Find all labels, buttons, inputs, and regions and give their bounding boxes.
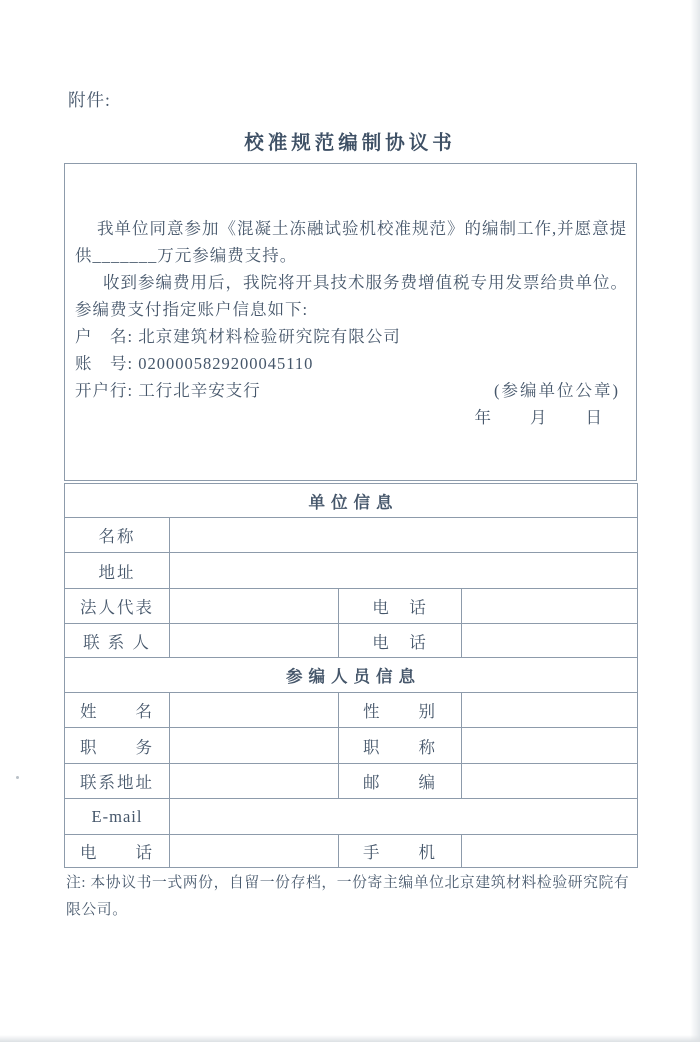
unit-address-value-cell (170, 553, 638, 589)
unit-address-row: 地址 (65, 553, 638, 589)
unit-info-section-header: 单位信息 (65, 484, 638, 518)
account-name-line: 户 名: 北京建筑材料检验研究院有限公司 (75, 323, 626, 350)
attachment-label: 附件: (68, 87, 111, 112)
legal-rep-label: 法人代表 (65, 589, 170, 624)
mobile-value-cell (462, 835, 638, 868)
contact-address-label: 联系地址 (65, 764, 170, 799)
agreement-line-1: 我单位同意参加《混凝土冻融试验机校准规范》的编制工作,并愿意提 (75, 215, 626, 242)
contact-label: 联 系 人 (65, 624, 170, 658)
unit-name-label: 名称 (65, 518, 170, 553)
bank-line: 开户行: 工行北辛安支行 (参编单位公章) (75, 377, 626, 404)
contact-phone-value-cell (462, 624, 638, 658)
unit-name-row: 名称 (65, 518, 638, 553)
footer-note: 注: 本协议书一式两份，自留一份存档，一份寄主编单位北京建筑材料检验研究院有限公… (66, 870, 636, 924)
stamp-placeholder: (参编单位公章) (494, 377, 626, 404)
unit-address-label: 地址 (65, 553, 170, 589)
scan-edge-bottom (0, 1035, 700, 1042)
account-number-line: 账 号: 0200005829200045110 (75, 350, 626, 377)
contact-address-row: 联系地址 邮 编 (65, 764, 638, 799)
gender-label: 性 别 (339, 693, 462, 728)
email-value-cell (170, 799, 638, 835)
email-row: E-mail (65, 799, 638, 835)
date-line: 年 月 日 (75, 404, 626, 431)
phone-label: 电 话 (65, 835, 170, 868)
scan-speck-artifact (16, 776, 19, 779)
agreement-text-box: 我单位同意参加《混凝土冻融试验机校准规范》的编制工作,并愿意提 供_______… (64, 163, 637, 481)
phone-value-cell (170, 835, 339, 868)
page-title: 校准规范编制协议书 (0, 127, 700, 155)
legal-rep-phone-label: 电 话 (339, 589, 462, 624)
person-name-label: 姓 名 (65, 693, 170, 728)
mobile-label: 手 机 (339, 835, 462, 868)
contact-phone-label: 电 话 (339, 624, 462, 658)
contact-address-value-cell (170, 764, 339, 799)
email-label: E-mail (65, 799, 170, 835)
contact-value-cell (170, 624, 339, 658)
gender-value-cell (462, 693, 638, 728)
unit-name-value-cell (170, 518, 638, 553)
unit-info-section-row: 单位信息 (65, 484, 638, 518)
scanned-agreement-page: 附件: 校准规范编制协议书 我单位同意参加《混凝土冻融试验机校准规范》的编制工作… (0, 0, 700, 1042)
personnel-info-section-row: 参编人员信息 (65, 658, 638, 693)
agreement-line-3: 收到参编费用后，我院将开具技术服务费增值税专用发票给贵单位。 (75, 269, 626, 296)
scan-edge-right (690, 0, 700, 1042)
agreement-form-table: 单位信息 名称 地址 法人代表 电 话 联 系 人 电 话 (64, 483, 638, 868)
position-value-cell (170, 728, 339, 764)
zip-value-cell (462, 764, 638, 799)
zip-label: 邮 编 (339, 764, 462, 799)
agreement-line-2: 供_______万元参编费支持。 (75, 242, 626, 269)
legal-rep-phone-value-cell (462, 589, 638, 624)
legal-rep-value-cell (170, 589, 339, 624)
position-label: 职 务 (65, 728, 170, 764)
personnel-info-section-header: 参编人员信息 (65, 658, 638, 693)
prof-title-label: 职 称 (339, 728, 462, 764)
legal-rep-row: 法人代表 电 话 (65, 589, 638, 624)
position-row: 职 务 职 称 (65, 728, 638, 764)
contact-row: 联 系 人 电 话 (65, 624, 638, 658)
agreement-line-4: 参编费支付指定账户信息如下: (75, 296, 626, 323)
person-name-row: 姓 名 性 别 (65, 693, 638, 728)
person-name-value-cell (170, 693, 339, 728)
phone-row: 电 话 手 机 (65, 835, 638, 868)
prof-title-value-cell (462, 728, 638, 764)
bank-name: 开户行: 工行北辛安支行 (75, 377, 261, 404)
